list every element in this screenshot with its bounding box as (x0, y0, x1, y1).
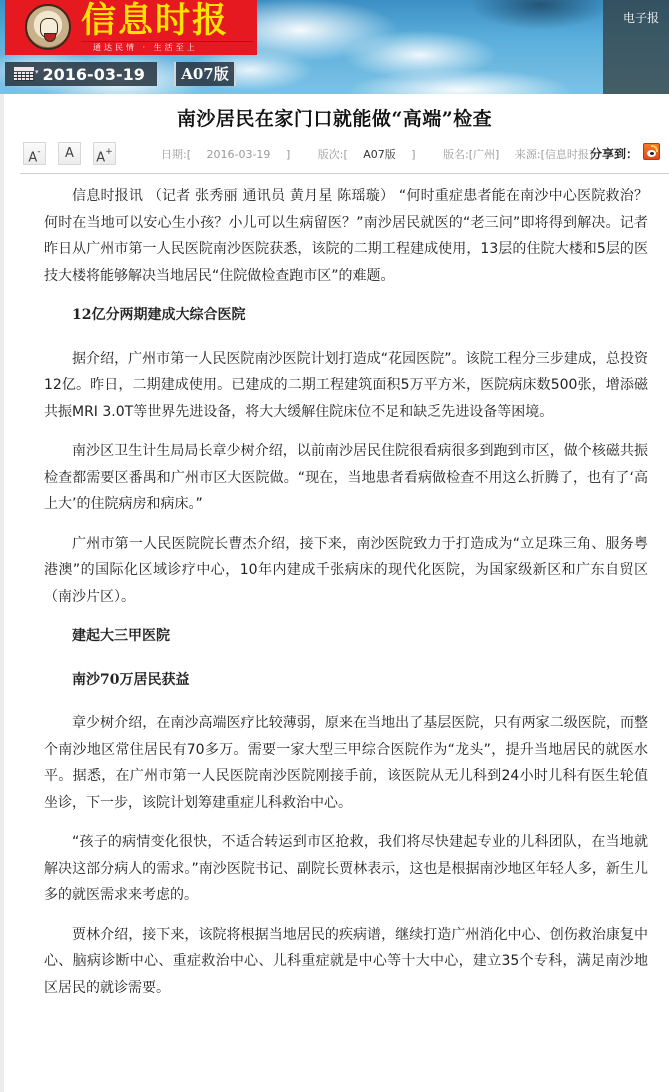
newspaper-logo[interactable]: 信息时报 通达民情 · 生活至上 (5, 0, 257, 55)
meta-edition-value: A07版 (363, 148, 396, 161)
paragraph: “孩子的病情变化很快，不适合转运到市区抢救，我们将尽快建起专业的儿科团队，在当地… (44, 829, 648, 909)
font-decrease-button[interactable]: A- (23, 142, 46, 165)
left-gutter (0, 94, 4, 1092)
banner-cloud-decoration (470, 0, 610, 30)
issue-date: 2016-03-19 (43, 65, 145, 84)
meta-date-label: 日期:[ (161, 148, 191, 161)
paragraph: 贾林介绍，接下来，该院将根据当地居民的疾病谱，继续打造广州消化中心、创伤救治康复… (44, 922, 648, 1002)
edition-selector[interactable]: A07版 (174, 62, 236, 86)
meta-date-close: ] (286, 148, 290, 161)
minus-icon: - (37, 147, 40, 157)
share-label: 分享到： (590, 145, 638, 162)
paragraph: 广州市第一人民医院院长曹杰介绍，接下来，南沙医院致力于打造成为“立足珠三角、服务… (44, 531, 648, 611)
font-default-button[interactable]: A (58, 142, 81, 165)
epaper-panel: 电子报 (603, 0, 669, 94)
logo-slogan: 通达民情 · 生活至上 (93, 43, 198, 53)
paragraph: 章少树介绍，在南沙高端医疗比较薄弱，原来在当地出了基层医院，只有两家二级医院，而… (44, 710, 648, 816)
header-banner: 信息时报 通达民情 · 生活至上 ▾ 2016-03-19 A07版 电子报 (0, 0, 669, 94)
meta-source: 来源:[信息时报] (515, 148, 593, 161)
meta-edition: 版次:[ A07版 ] (318, 148, 428, 161)
calendar-icon[interactable] (14, 67, 34, 81)
weibo-share-icon[interactable] (643, 143, 660, 160)
subheading: 12亿分两期建成大综合医院 (44, 302, 648, 329)
plus-icon: + (105, 147, 113, 157)
meta-date-value: 2016-03-19 (207, 148, 271, 161)
meta-date: 日期:[ 2016-03-19 ] (161, 148, 302, 161)
meta-edition-close: ] (411, 148, 415, 161)
article-meta: 日期:[ 2016-03-19 ] 版次:[ A07版 ] 版名:[广州] 来源… (161, 146, 605, 162)
font-default-label: A (65, 146, 74, 161)
meta-section: 版名:[广州] (443, 148, 499, 161)
date-picker[interactable]: ▾ 2016-03-19 (5, 62, 157, 86)
subheading: 建起大三甲医院 (44, 623, 648, 650)
font-increase-label: A (96, 150, 105, 165)
paragraph: 南沙区卫生计生局局长章少树介绍，以前南沙居民住院很看病很多到跑到市区，做个核磁共… (44, 438, 648, 518)
logo-divider (81, 41, 253, 42)
header-divider (20, 173, 669, 174)
subheading: 南沙70万居民获益 (44, 667, 648, 694)
paragraph: 信息时报讯 （记者 张秀丽 通讯员 黄月星 陈瑶璇） “何时重症患者能在南沙中心… (44, 183, 648, 289)
article-title: 南沙居民在家门口就能做“高端”检查 (0, 104, 669, 131)
font-increase-button[interactable]: A+ (93, 142, 116, 165)
lion-mascot-icon (25, 4, 71, 50)
font-decrease-label: A (28, 150, 37, 165)
epaper-link[interactable]: 电子报 (623, 9, 659, 26)
dropdown-caret-icon[interactable]: ▾ (35, 68, 39, 76)
meta-edition-label: 版次:[ (318, 148, 348, 161)
paragraph: 据介绍，广州市第一人民医院南沙医院计划打造成“花园医院”。该院工程分三步建成，总… (44, 346, 648, 426)
article-body: 信息时报讯 （记者 张秀丽 通讯员 黄月星 陈瑶璇） “何时重症患者能在南沙中心… (44, 183, 648, 1014)
logo-title: 信息时报 (81, 0, 229, 44)
